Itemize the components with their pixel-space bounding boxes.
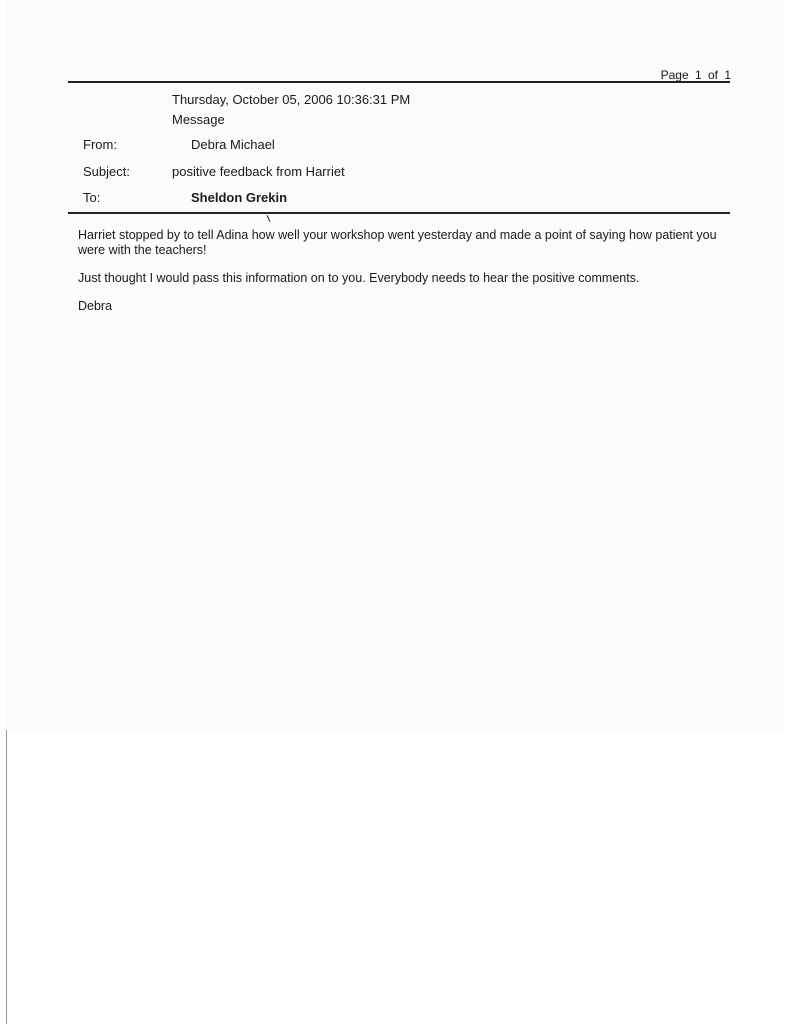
from-label: From:: [83, 137, 117, 152]
to-label: To:: [83, 190, 100, 205]
to-value: Sheldon Grekin: [191, 190, 287, 205]
scanned-page-lower: [6, 730, 791, 1024]
header-bottom-rule: [68, 212, 730, 214]
subject-value: positive feedback from Harriet: [172, 164, 345, 179]
message-datetime: Thursday, October 05, 2006 10:36:31 PM: [172, 92, 410, 107]
page-indicator: Page 1 of 1: [661, 68, 731, 82]
subject-label: Subject:: [83, 164, 130, 179]
body-paragraph: Harriet stopped by to tell Adina how wel…: [78, 228, 718, 258]
header-top-rule: [68, 81, 730, 83]
message-type: Message: [172, 112, 225, 127]
from-value: Debra Michael: [191, 137, 275, 152]
scanned-page-upper: [6, 0, 785, 735]
signature: Debra: [78, 299, 718, 314]
body-paragraph: Just thought I would pass this informati…: [78, 271, 718, 286]
message-body: Harriet stopped by to tell Adina how wel…: [78, 228, 718, 327]
